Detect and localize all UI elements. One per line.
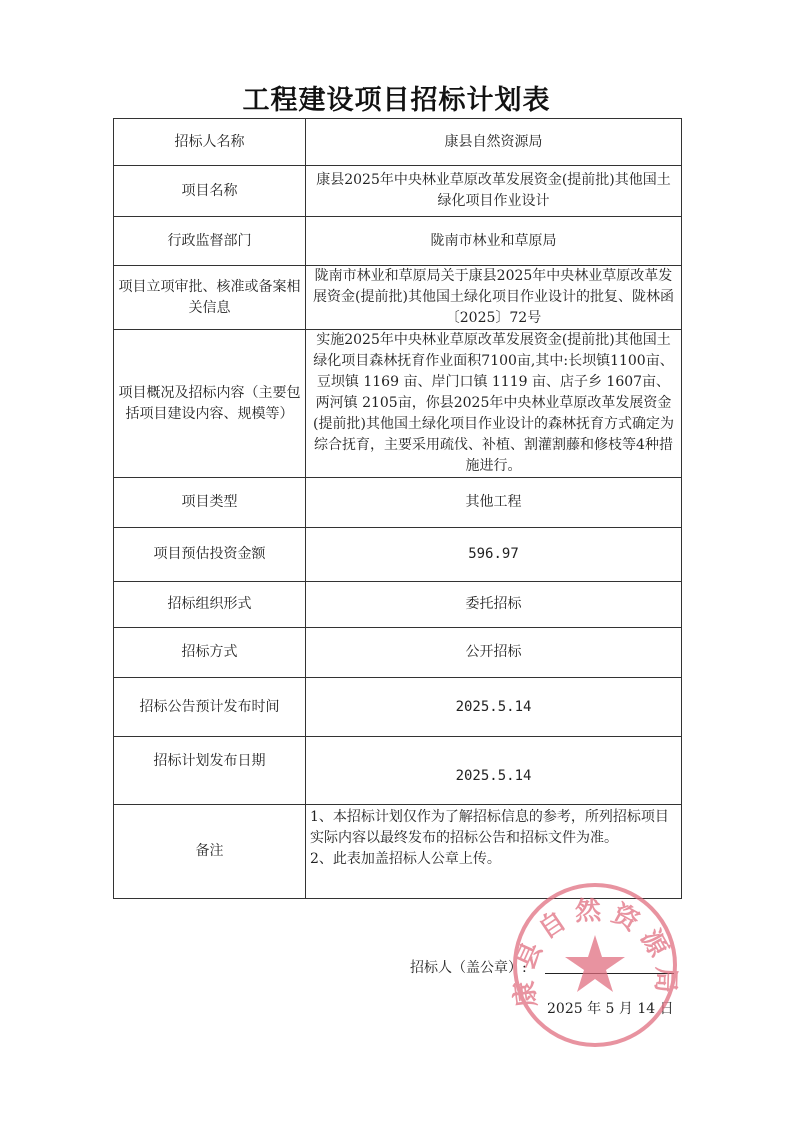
row-label: 项目类型 <box>114 478 306 528</box>
seal-text: 康县自然资源局 <box>510 895 680 1009</box>
row-value: 2025.5.14 <box>306 737 682 805</box>
official-seal: 康县自然资源局 <box>510 880 680 1050</box>
row-value: 康县自然资源局 <box>306 119 682 166</box>
row-label: 行政监督部门 <box>114 217 306 266</box>
remark-line: 1、本招标计划仅作为了解招标信息的参考，所列招标项目实际内容以最终发布的招标公告… <box>310 807 677 849</box>
table-row: 招标人名称 康县自然资源局 <box>114 119 682 166</box>
sign-date: 2025 年 5 月 14 日 <box>547 998 674 1018</box>
row-label: 项目预估投资金额 <box>114 528 306 582</box>
table-row: 项目预估投资金额 596.97 <box>114 528 682 582</box>
row-value: 陇南市林业和草原局 <box>306 217 682 266</box>
table-row: 项目名称 康县2025年中央林业草原改革发展资金(提前批)其他国土绿化项目作业设… <box>114 166 682 217</box>
remark-line: 2、此表加盖招标人公章上传。 <box>310 849 677 870</box>
star-icon <box>565 935 625 992</box>
row-value: 康县2025年中央林业草原改革发展资金(提前批)其他国土绿化项目作业设计 <box>306 166 682 217</box>
table-row: 备注 1、本招标计划仅作为了解招标信息的参考，所列招标项目实际内容以最终发布的招… <box>114 805 682 899</box>
row-value: 公开招标 <box>306 628 682 678</box>
signature-label: 招标人（盖公章）: <box>410 957 527 977</box>
row-label: 招标计划发布日期 <box>114 737 306 805</box>
table-row: 行政监督部门 陇南市林业和草原局 <box>114 217 682 266</box>
row-label: 招标公告预计发布时间 <box>114 678 306 737</box>
table-row: 项目立项审批、核准或备案相关信息 陇南市林业和草原局关于康县2025年中央林业草… <box>114 266 682 330</box>
row-label: 项目立项审批、核准或备案相关信息 <box>114 266 306 330</box>
row-value: 2025.5.14 <box>306 678 682 737</box>
tender-plan-table: 招标人名称 康县自然资源局 项目名称 康县2025年中央林业草原改革发展资金(提… <box>113 118 682 899</box>
row-value: 596.97 <box>306 528 682 582</box>
table-row: 招标组织形式 委托招标 <box>114 582 682 628</box>
row-value: 其他工程 <box>306 478 682 528</box>
row-label: 招标组织形式 <box>114 582 306 628</box>
table-row: 招标方式 公开招标 <box>114 628 682 678</box>
row-label: 备注 <box>114 805 306 899</box>
table-row: 招标公告预计发布时间 2025.5.14 <box>114 678 682 737</box>
row-label: 项目名称 <box>114 166 306 217</box>
table-row: 项目概况及招标内容（主要包括项目建设内容、规模等） 实施2025年中央林业草原改… <box>114 330 682 478</box>
page-title: 工程建设项目招标计划表 <box>0 78 793 117</box>
remarks-cell: 1、本招标计划仅作为了解招标信息的参考，所列招标项目实际内容以最终发布的招标公告… <box>306 805 682 899</box>
row-label: 招标人名称 <box>114 119 306 166</box>
row-label: 招标方式 <box>114 628 306 678</box>
signature-line <box>545 973 674 974</box>
row-value: 委托招标 <box>306 582 682 628</box>
table-row: 项目类型 其他工程 <box>114 478 682 528</box>
row-value: 实施2025年中央林业草原改革发展资金(提前批)其他国土绿化项目森林抚育作业面积… <box>306 330 682 478</box>
table-row: 招标计划发布日期 2025.5.14 <box>114 737 682 805</box>
row-label: 项目概况及招标内容（主要包括项目建设内容、规模等） <box>114 330 306 478</box>
row-value: 陇南市林业和草原局关于康县2025年中央林业草原改革发展资金(提前批)其他国土绿… <box>306 266 682 330</box>
svg-text:康县自然资源局: 康县自然资源局 <box>510 895 680 1009</box>
